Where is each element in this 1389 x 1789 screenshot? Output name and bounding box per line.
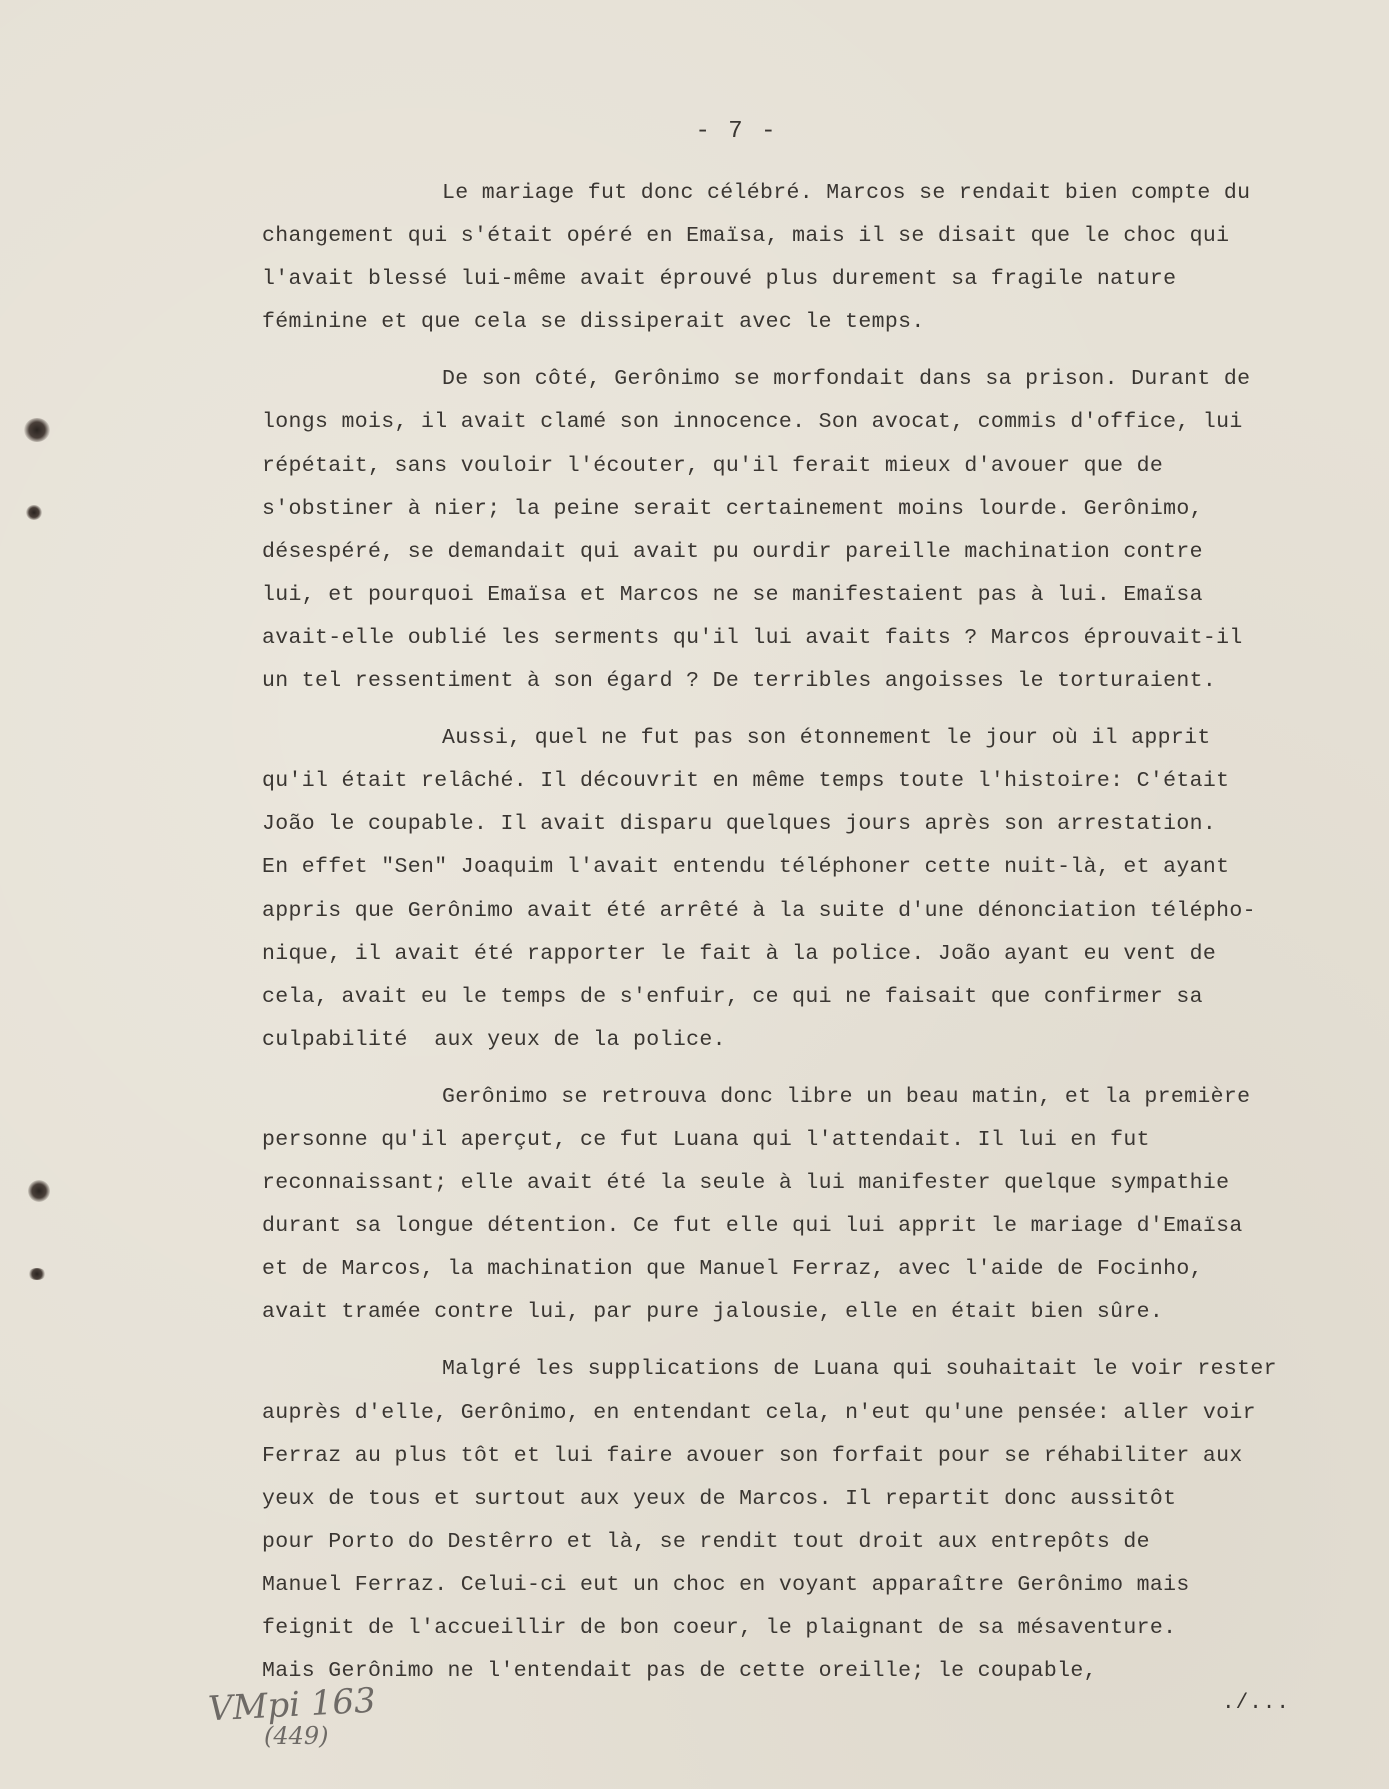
text-line: lui, et pourquoi Emaïsa et Marcos ne se … xyxy=(262,574,1352,617)
text-line: avait-elle oublié les serments qu'il lui… xyxy=(262,617,1352,660)
text-line: personne qu'il aperçut, ce fut Luana qui… xyxy=(262,1119,1352,1162)
text-line: Aussi, quel ne fut pas son étonnement le… xyxy=(262,717,1352,760)
paragraph: Le mariage fut donc célébré. Marcos se r… xyxy=(262,172,1352,344)
paragraph: Malgré les supplications de Luana qui so… xyxy=(262,1348,1352,1693)
text-line: Malgré les supplications de Luana qui so… xyxy=(262,1348,1352,1391)
text-line: Ferraz au plus tôt et lui faire avouer s… xyxy=(262,1435,1352,1478)
page-number: - 7 - xyxy=(0,118,1389,145)
paragraph: Aussi, quel ne fut pas son étonnement le… xyxy=(262,717,1352,1062)
paragraph-spacer xyxy=(262,344,1352,358)
text-line: cela, avait eu le temps de s'enfuir, ce … xyxy=(262,976,1352,1019)
text-line: l'avait blessé lui-même avait éprouvé pl… xyxy=(262,258,1352,301)
text-line: pour Porto do Destêrro et là, se rendit … xyxy=(262,1521,1352,1564)
document-page: - 7 - Le mariage fut donc célébré. Marco… xyxy=(0,0,1389,1789)
text-line: désespéré, se demandait qui avait pu our… xyxy=(262,531,1352,574)
archive-ref-code: VMpi 163 xyxy=(207,1684,376,1727)
punch-hole-mark xyxy=(26,505,42,520)
typewritten-body: Le mariage fut donc célébré. Marcos se r… xyxy=(262,172,1352,1693)
archive-ref-number: (449) xyxy=(264,1724,376,1748)
paragraph-spacer xyxy=(262,703,1352,717)
text-line: En effet "Sen" Joaquim l'avait entendu t… xyxy=(262,846,1352,889)
text-line: Manuel Ferraz. Celui-ci eut un choc en v… xyxy=(262,1564,1352,1607)
text-line: De son côté, Gerônimo se morfondait dans… xyxy=(262,358,1352,401)
text-line: avait tramée contre lui, par pure jalous… xyxy=(262,1291,1352,1334)
text-line: féminine et que cela se dissiperait avec… xyxy=(262,301,1352,344)
text-line: longs mois, il avait clamé son innocence… xyxy=(262,401,1352,444)
punch-hole-mark xyxy=(28,1180,50,1202)
text-line: changement qui s'était opéré en Emaïsa, … xyxy=(262,215,1352,258)
text-line: qu'il était relâché. Il découvrit en mêm… xyxy=(262,760,1352,803)
text-line: Gerônimo se retrouva donc libre un beau … xyxy=(262,1076,1352,1119)
text-line: Mais Gerônimo ne l'entendait pas de cett… xyxy=(262,1650,1352,1693)
text-line: s'obstiner à nier; la peine serait certa… xyxy=(262,488,1352,531)
text-line: appris que Gerônimo avait été arrêté à l… xyxy=(262,890,1352,933)
punch-hole-mark xyxy=(28,1268,46,1280)
text-line: João le coupable. Il avait disparu quelq… xyxy=(262,803,1352,846)
text-line: culpabilité aux yeux de la police. xyxy=(262,1019,1352,1062)
text-line: feignit de l'accueillir de bon coeur, le… xyxy=(262,1607,1352,1650)
text-line: et de Marcos, la machination que Manuel … xyxy=(262,1248,1352,1291)
text-line: un tel ressentiment à son égard ? De ter… xyxy=(262,660,1352,703)
paragraph: De son côté, Gerônimo se morfondait dans… xyxy=(262,358,1352,703)
continuation-mark: ./... xyxy=(1222,1692,1290,1715)
punch-hole-mark xyxy=(24,418,50,442)
text-line: auprès d'elle, Gerônimo, en entendant ce… xyxy=(262,1392,1352,1435)
paragraph-spacer xyxy=(262,1062,1352,1076)
text-line: répétait, sans vouloir l'écouter, qu'il … xyxy=(262,445,1352,488)
paragraph-spacer xyxy=(262,1334,1352,1348)
text-line: Le mariage fut donc célébré. Marcos se r… xyxy=(262,172,1352,215)
text-line: yeux de tous et surtout aux yeux de Marc… xyxy=(262,1478,1352,1521)
text-line: durant sa longue détention. Ce fut elle … xyxy=(262,1205,1352,1248)
text-line: nique, il avait été rapporter le fait à … xyxy=(262,933,1352,976)
paragraph: Gerônimo se retrouva donc libre un beau … xyxy=(262,1076,1352,1335)
text-line: reconnaissant; elle avait été la seule à… xyxy=(262,1162,1352,1205)
handwritten-archive-reference: VMpi 163 (449) xyxy=(208,1688,376,1748)
